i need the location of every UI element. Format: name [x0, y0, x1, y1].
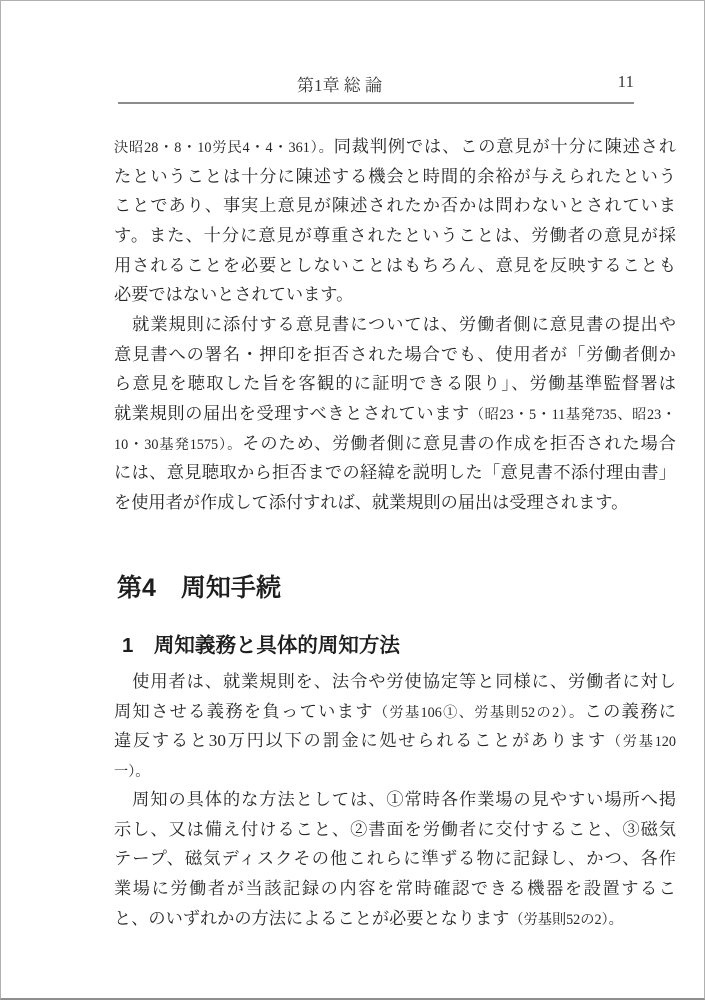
- body-text-run: 意見書への署名・押印を拒否された場合でも、使用者が「労働者側か: [114, 345, 676, 364]
- body-text-run: 必要ではないとされています。: [114, 285, 353, 304]
- body-text-run: テープ、磁気ディスクその他これらに準ずる物に記録し、かつ、各作: [114, 849, 676, 868]
- body-text-run: 業場に労働者が当該記録の内容を常時確認できる機器を設置するこ: [114, 879, 676, 898]
- text-line: たということは十分に陳述する機会と時間的余裕が与えられたという: [114, 162, 676, 192]
- body-text-run: 示し、又は備え付けること、②書面を労働者に交付すること、③磁気: [114, 820, 676, 839]
- body-text-run: 就業規則の届出を受理すべきとされています: [114, 404, 470, 423]
- text-line: 10・30基発1575）。そのため、労働者側に意見書の作成を拒否された場合: [114, 429, 676, 459]
- body-text-run: 違反すると30万円以下の罰金に処せられることがあります: [114, 731, 607, 750]
- subsection-heading: 1 周知義務と具体的周知方法: [122, 634, 400, 659]
- text-line: と、のいずれかの方法によることが必要となります（労基則52の2）。: [114, 904, 676, 934]
- text-line: 必要ではないとされています。: [114, 280, 676, 310]
- paragraph: 決昭28・8・10労民4・4・361）。同裁判例では、この意見が十分に陳述された…: [114, 132, 676, 310]
- citation: （労基120: [607, 734, 676, 750]
- citation: 一）。: [114, 764, 149, 780]
- body-text-run: この義務に: [585, 702, 676, 721]
- text-line: ら意見を聴取した旨を客観的に証明できる限り」、労働基準監督署は: [114, 369, 676, 399]
- page-number: 11: [554, 72, 634, 92]
- body-text-run: す。また、十分に意見が尊重されたということは、労働者の意見が採: [114, 226, 676, 245]
- body-text-run: たということは十分に陳述する機会と時間的余裕が与えられたという: [114, 167, 676, 186]
- body-text-run: 用されることを必要としないことはもちろん、意見を反映することも: [114, 256, 676, 275]
- citation: （昭23・5・11基発735、昭23・: [470, 407, 676, 423]
- text-line: 就業規則の届出を受理すべきとされています（昭23・5・11基発735、昭23・: [114, 399, 676, 429]
- body-text-run: 使用者は、就業規則を、法令や労使協定等と同様に、労働者に対し: [114, 672, 676, 691]
- body-text-run: 周知の具体的な方法としては、①常時各作業場の見やすい場所へ掲: [114, 790, 676, 809]
- body-text-run: と、のいずれかの方法によることが必要となります: [114, 909, 509, 928]
- body-text-run: には、意見聴取から拒否までの経緯を説明した「意見書不添付理由書」: [114, 463, 676, 482]
- text-line: 違反すると30万円以下の罰金に処せられることがあります（労基120: [114, 726, 676, 756]
- text-line: 用されることを必要としないことはもちろん、意見を反映することも: [114, 251, 676, 281]
- text-line: 周知の具体的な方法としては、①常時各作業場の見やすい場所へ掲: [114, 785, 676, 815]
- citation: 10・30基発1575）。: [114, 437, 242, 453]
- body-text-run: 同裁判例では、この意見が十分に陳述され: [334, 137, 676, 156]
- text-line: テープ、磁気ディスクその他これらに準ずる物に記録し、かつ、各作: [114, 844, 676, 874]
- text-line: 周知させる義務を負っています（労基106①、労基則52の2）。この義務に: [114, 697, 676, 727]
- text-line: ことであり、事実上意見が陳述されたか否かは問わないとされていま: [114, 191, 676, 221]
- text-line: 使用者は、就業規則を、法令や労使協定等と同様に、労働者に対し: [114, 667, 676, 697]
- paragraph: 就業規則に添付する意見書については、労働者側に意見書の提出や意見書への署名・押印…: [114, 310, 676, 518]
- running-head-chapter-title: 第1章 総 論: [297, 71, 382, 96]
- citation: 決昭28・8・10労民4・4・361）。: [114, 140, 334, 156]
- text-line: 業場に労働者が当該記録の内容を常時確認できる機器を設置するこ: [114, 874, 676, 904]
- text-line: には、意見聴取から拒否までの経緯を説明した「意見書不添付理由書」: [114, 458, 676, 488]
- header-rule: [118, 102, 634, 104]
- body-text-run: ことであり、事実上意見が陳述されたか否かは問わないとされていま: [114, 196, 676, 215]
- text-line: す。また、十分に意見が尊重されたということは、労働者の意見が採: [114, 221, 676, 251]
- page-frame: 第1章 総 論 11 決昭28・8・10労民4・4・361）。同裁判例では、この…: [0, 0, 705, 1000]
- text-line: 決昭28・8・10労民4・4・361）。同裁判例では、この意見が十分に陳述され: [114, 132, 676, 162]
- text-line: 就業規則に添付する意見書については、労働者側に意見書の提出や: [114, 310, 676, 340]
- text-line: 意見書への署名・押印を拒否された場合でも、使用者が「労働者側か: [114, 340, 676, 370]
- citation: （労基106①、労基則52の2）。: [374, 705, 585, 721]
- section-heading: 第4 周知手続: [117, 573, 281, 603]
- text-line: を使用者が作成して添付すれば、就業規則の届出は受理されます。: [114, 488, 676, 518]
- body-text-run: を使用者が作成して添付すれば、就業規則の届出は受理されます。: [114, 493, 628, 512]
- body-text-run: そのため、労働者側に意見書の作成を拒否された場合: [242, 434, 676, 453]
- text-line: 一）。: [114, 756, 676, 786]
- body-text-run: 周知させる義務を負っています: [114, 702, 374, 721]
- body-text-run: ら意見を聴取した旨を客観的に証明できる限り」、労働基準監督署は: [114, 374, 676, 393]
- body-text-run: 就業規則に添付する意見書については、労働者側に意見書の提出や: [114, 315, 676, 334]
- text-line: 示し、又は備え付けること、②書面を労働者に交付すること、③磁気: [114, 815, 676, 845]
- paragraph: 周知の具体的な方法としては、①常時各作業場の見やすい場所へ掲示し、又は備え付ける…: [114, 785, 676, 933]
- citation: （労基則52の2）。: [509, 912, 623, 928]
- paragraph: 使用者は、就業規則を、法令や労使協定等と同様に、労働者に対し周知させる義務を負っ…: [114, 667, 676, 786]
